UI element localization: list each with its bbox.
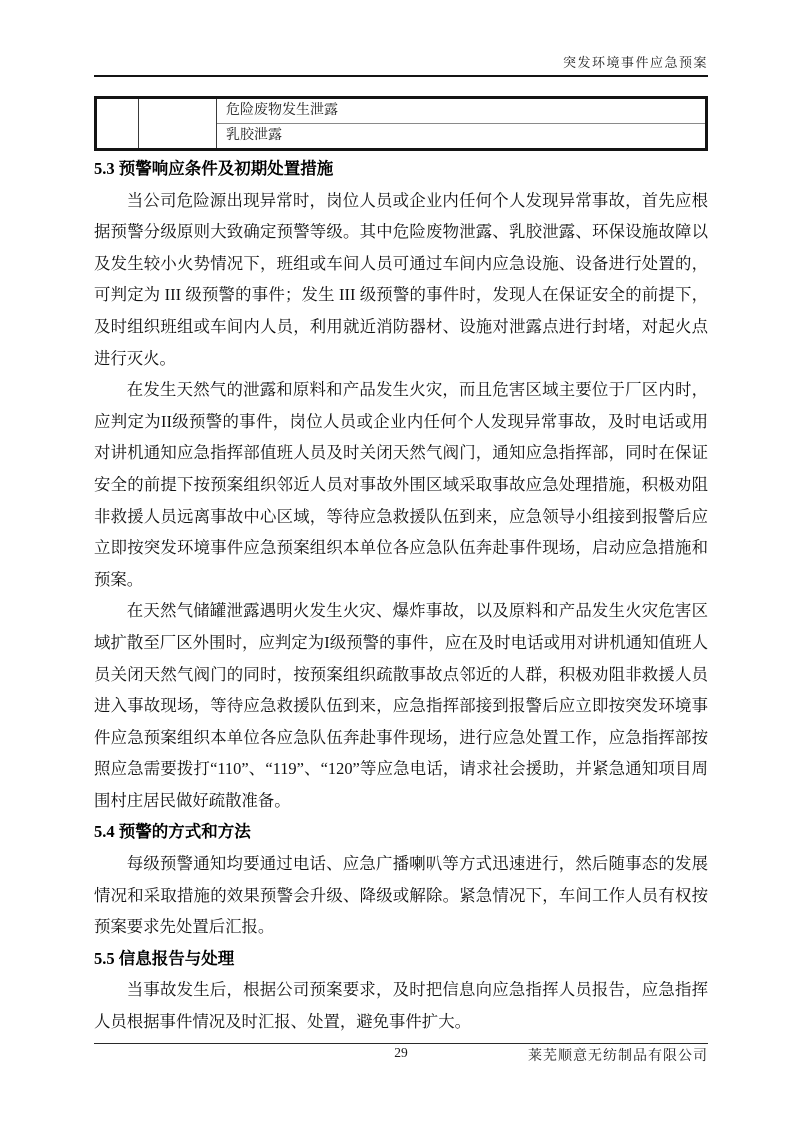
footer-row: 29 莱芜顺意无纺制品有限公司 — [94, 1045, 708, 1065]
header-rule — [94, 75, 708, 77]
table-cell-empty-col2 — [139, 98, 217, 150]
company-name: 莱芜顺意无纺制品有限公司 — [528, 1045, 708, 1065]
table-cell-incident: 乳胶泄露 — [217, 124, 707, 150]
table-cell-empty-col1 — [96, 98, 139, 150]
table-row: 危险废物发生泄露 — [96, 98, 707, 124]
document-page: 突发环境事件应急预案 危险废物发生泄露 乳胶泄露 5.3 预警响应条件及初期处置… — [0, 0, 800, 1131]
paragraph: 在发生天然气的泄露和原料和产品发生火灾，而且危害区域主要位于厂区内时，应判定为I… — [94, 374, 708, 595]
section-heading-5-5: 5.5 信息报告与处理 — [94, 943, 708, 975]
paragraph: 每级预警通知均要通过电话、应急广播喇叭等方式迅速进行，然后随事态的发展情况和采取… — [94, 848, 708, 943]
page-footer: 29 莱芜顺意无纺制品有限公司 — [94, 1043, 708, 1065]
paragraph: 在天然气储罐泄露遇明火发生火灾、爆炸事故，以及原料和产品发生火灾危害区域扩散至厂… — [94, 595, 708, 816]
table-cell-incident: 危险废物发生泄露 — [217, 98, 707, 124]
paragraph: 当公司危险源出现异常时，岗位人员或企业内任何个人发现异常事故，首先应根据预警分级… — [94, 185, 708, 375]
running-header-title: 突发环境事件应急预案 — [94, 54, 708, 72]
section-heading-5-3: 5.3 预警响应条件及初期处置措施 — [94, 153, 708, 185]
paragraph: 当事故发生后，根据公司预案要求，及时把信息向应急指挥人员报告，应急指挥人员根据事… — [94, 974, 708, 1037]
page-header: 突发环境事件应急预案 — [94, 54, 708, 77]
page-number: 29 — [394, 1045, 408, 1061]
footer-rule — [94, 1043, 708, 1044]
section-heading-5-4: 5.4 预警的方式和方法 — [94, 816, 708, 848]
document-body: 5.3 预警响应条件及初期处置措施 当公司危险源出现异常时，岗位人员或企业内任何… — [94, 153, 708, 1038]
classification-table: 危险废物发生泄露 乳胶泄露 — [94, 96, 708, 151]
